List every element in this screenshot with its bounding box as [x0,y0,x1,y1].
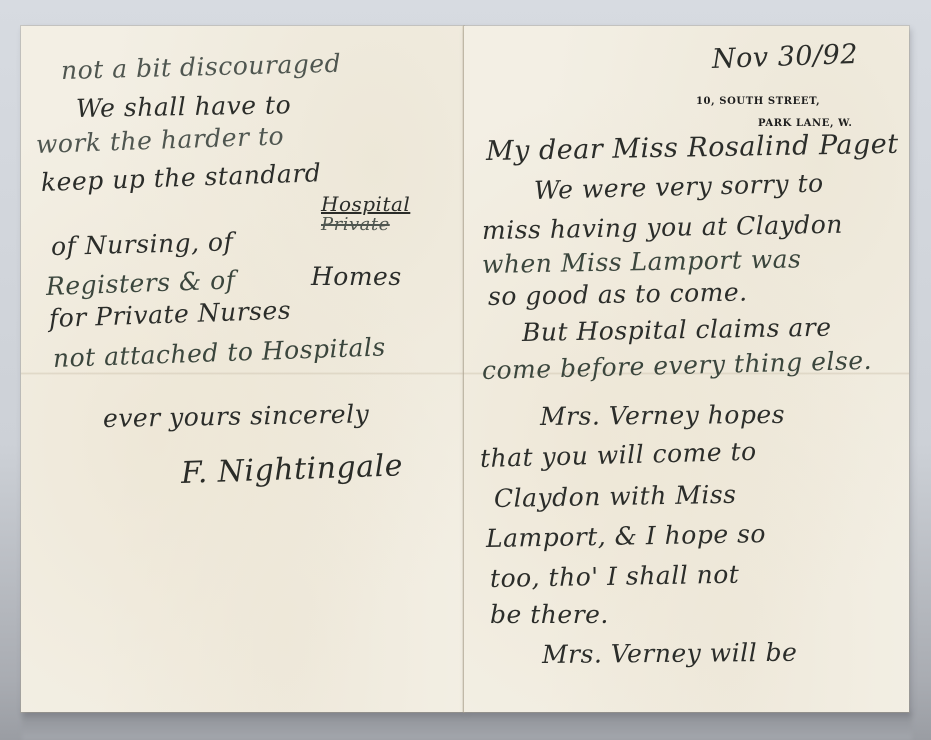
left-line-9: not attached to Hospitals [52,332,386,373]
right-line-1: We were very sorry to [534,168,824,205]
left-line-6: Registers & of [45,265,235,301]
left-line-3: work the harder to [35,121,284,159]
left-line-8: for Private Nurses [48,296,291,333]
letter-left-page: not a bit discouraged We shall have to w… [21,26,464,712]
right-line-11: too, tho' I shall not [490,560,740,593]
right-line-9: Claydon with Miss [494,480,737,513]
right-line-5: But Hospital claims are [522,313,832,347]
left-line-4: keep up the standard [40,158,321,197]
paper-fold-line [21,372,464,375]
right-line-12: be there. [490,600,609,629]
insertion-hospital: Hospital [321,192,410,216]
closing-ever-yours-sincerely: ever yours sincerely [103,399,370,433]
letterhead-address-line2: PARK LANE, W. [758,118,853,129]
right-line-13: Mrs. Verney will be [542,638,798,669]
salutation: My dear Miss Rosalind Paget [486,129,899,167]
right-line-6: come before every thing else. [482,346,873,385]
frame-shadow [22,712,912,740]
left-line-2: We shall have to [76,90,292,123]
right-line-8: that you will come to [480,437,757,473]
right-line-7: Mrs. Verney hopes [540,400,785,431]
left-line-1: not a bit discouraged [61,49,342,85]
left-line-5: of Nursing, of [51,227,234,261]
signature-f-nightingale: F. Nightingale [180,448,403,491]
right-line-4: so good as to come. [488,277,748,311]
letter-right-page: Nov 30/92 10, SOUTH STREET, PARK LANE, W… [464,26,909,712]
struck-word-private: Private [321,214,390,235]
letterhead-address-line1: 10, SOUTH STREET, [696,96,820,107]
right-line-10: Lamport, & I hope so [486,519,766,553]
letter-date: Nov 30/92 [711,39,858,75]
right-line-2: miss having you at Claydon [482,210,843,245]
left-line-7: Homes [311,262,402,291]
right-line-3: when Miss Lamport was [482,244,802,279]
